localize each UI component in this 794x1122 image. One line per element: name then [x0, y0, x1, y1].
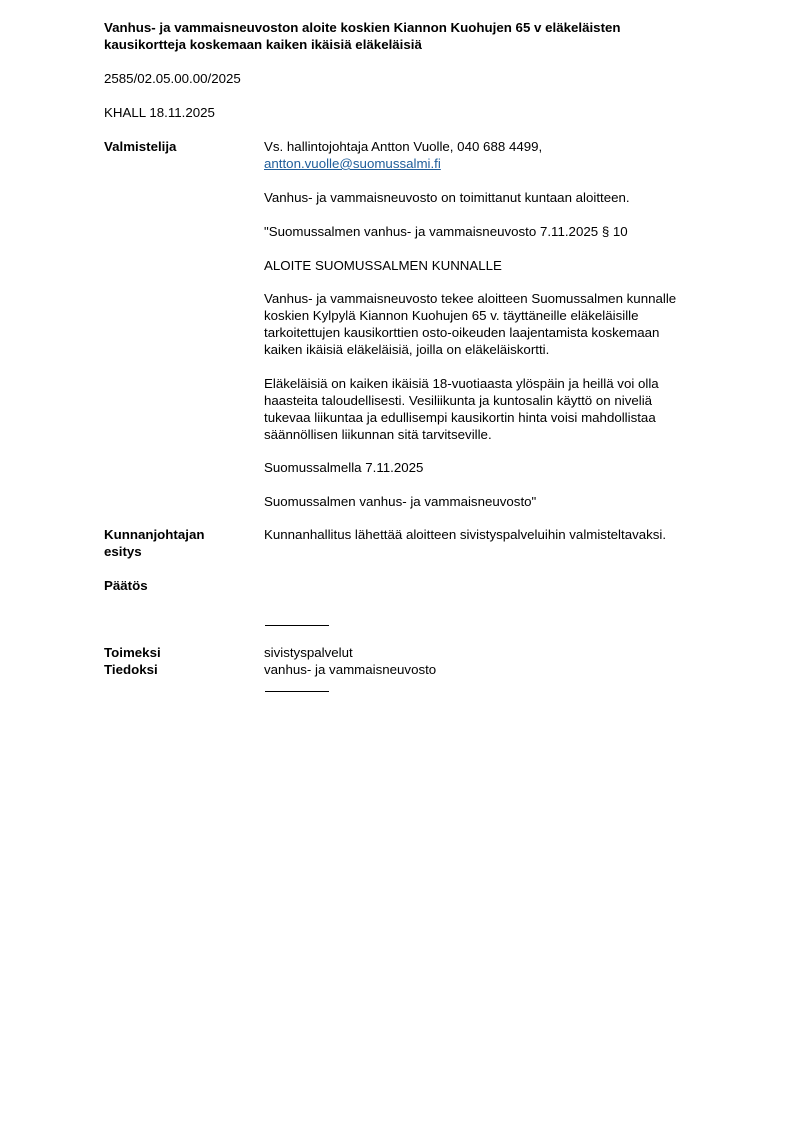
valmistelija-label: Valmistelija — [104, 138, 176, 155]
signature: Suomussalmen vanhus- ja vammaisneuvosto" — [264, 493, 536, 510]
proposal-label-line-1: Kunnanjohtajan — [104, 526, 204, 543]
toimeksi-label: Toimeksi — [104, 644, 161, 661]
paragraph-line: tarkoitettujen kausikorttien osto-oikeud… — [264, 324, 676, 341]
proposal-text: Kunnanhallitus lähettää aloitteen sivist… — [264, 526, 666, 543]
proposal-label: Kunnanjohtajan esitys — [104, 526, 204, 560]
reference-number: 2585/02.05.00.00/2025 — [104, 70, 241, 87]
initiative-paragraph-2: Eläkeläisiä on kaiken ikäisiä 18-vuotiaa… — [264, 375, 659, 443]
paragraph-line: Vanhus- ja vammaisneuvosto tekee aloitte… — [264, 290, 676, 307]
divider-line — [265, 625, 329, 626]
place-date: Suomussalmella 7.11.2025 — [264, 459, 423, 476]
title-line-1: Vanhus- ja vammaisneuvoston aloite koski… — [104, 19, 621, 36]
meeting-info: KHALL 18.11.2025 — [104, 104, 215, 121]
intro-text: Vanhus- ja vammaisneuvosto on toimittanu… — [264, 189, 630, 206]
initiative-heading: ALOITE SUOMUSSALMEN KUNNALLE — [264, 257, 502, 274]
paragraph-line: haasteita taloudellisesti. Vesiliikunta … — [264, 392, 659, 409]
divider-line — [265, 691, 329, 692]
paragraph-line: Eläkeläisiä on kaiken ikäisiä 18-vuotiaa… — [264, 375, 659, 392]
preparer-email-link[interactable]: antton.vuolle@suomussalmi.fi — [264, 155, 441, 172]
document-title: Vanhus- ja vammaisneuvoston aloite koski… — [104, 19, 621, 53]
quote-header: "Suomussalmen vanhus- ja vammaisneuvosto… — [264, 223, 628, 240]
preparer-info: Vs. hallintojohtaja Antton Vuolle, 040 6… — [264, 138, 542, 155]
paragraph-line: koskien Kylpylä Kiannon Kuohujen 65 v. t… — [264, 307, 676, 324]
title-line-2: kausikortteja koskemaan kaiken ikäisiä e… — [104, 36, 621, 53]
paragraph-line: tukevaa liikuntaa ja edullisempi kausiko… — [264, 409, 659, 426]
paragraph-line: kaiken ikäisiä eläkeläisiä, joilla on el… — [264, 341, 676, 358]
tiedoksi-value: vanhus- ja vammaisneuvosto — [264, 661, 436, 678]
proposal-label-line-2: esitys — [104, 543, 204, 560]
decision-label: Päätös — [104, 577, 148, 594]
initiative-paragraph-1: Vanhus- ja vammaisneuvosto tekee aloitte… — [264, 290, 676, 358]
toimeksi-value: sivistyspalvelut — [264, 644, 353, 661]
tiedoksi-label: Tiedoksi — [104, 661, 158, 678]
paragraph-line: säännöllisen liikunnan sitä tarvitsevill… — [264, 426, 659, 443]
